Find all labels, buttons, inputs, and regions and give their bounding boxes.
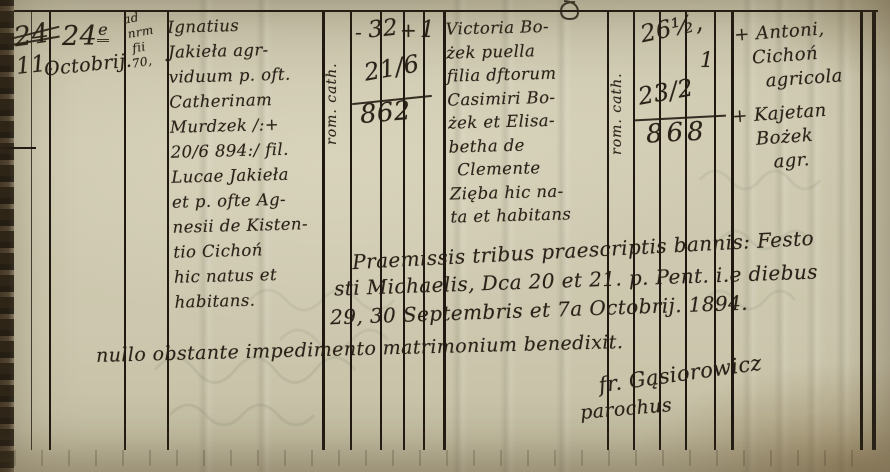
column-rule [443,12,446,450]
bride-religion-vertical: rom. cath. [609,35,625,155]
groom-status-plus: + [400,18,417,42]
bride-description: Victoria Bo- żek puella filia dftorum Ca… [445,14,571,229]
column-rule [124,12,126,450]
groom-religion-vertical: rom. cath. [324,25,340,145]
groom-status-one: 1 [420,17,435,43]
groom-description: Ignatius Jakieła agr- viduum p. oft. Cat… [167,11,310,314]
entry-date-day: 24e [62,20,109,52]
groom-status-dash: - [355,20,362,44]
embossed-line-marks [14,450,876,466]
bride-age: 26½, [638,8,705,48]
register-page-scan: 24 11. 24e Octobrij. ad nrm fii 70, Igna… [0,0,890,472]
entry-date-month: Octobrij. [43,49,133,80]
page-border-rule [872,12,876,450]
column-rule [423,12,425,450]
groom-age: 32 [367,14,400,43]
groom-birth-daymonth: 21/6 [362,49,422,86]
entry-date-day-number: 24 [62,21,97,52]
witness-second: + Kajetan Bożek agr. [732,99,831,177]
column-rule [350,12,352,450]
entry-date-day-suffix: e [97,20,109,42]
groom-birth-year: 862 [359,96,412,130]
witness-first: + Antoni, Cichoń agricola [734,16,844,95]
page-border-rule [860,12,863,450]
bride-status-one: 1 [700,48,714,72]
book-gutter-edge [0,0,14,472]
bride-birth-year: 868 [645,116,708,149]
